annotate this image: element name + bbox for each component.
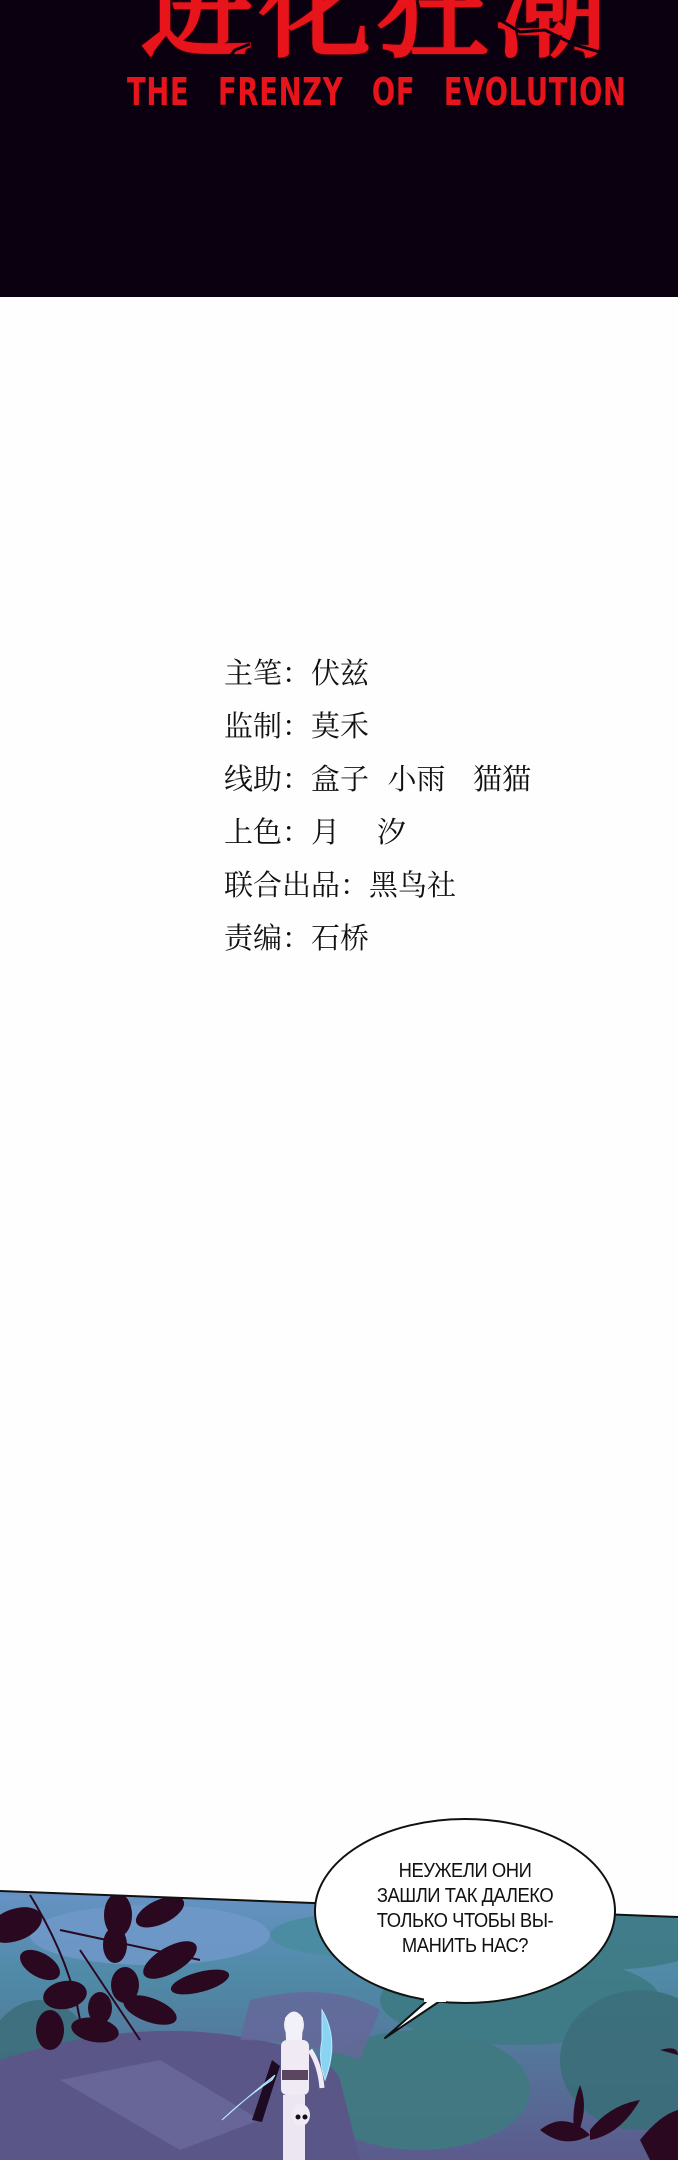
- bubble-line: ТОЛЬКО ЧТОБЫ ВЫ-: [350, 1909, 580, 1934]
- bubble-line: ЗАШЛИ ТАК ДАЛЕКО: [350, 1884, 580, 1909]
- bubble-line: МАНИТЬ НАС?: [350, 1934, 580, 1959]
- speech-bubble-text: НЕУЖЕЛИ ОНИ ЗАШЛИ ТАК ДАЛЕКО ТОЛЬКО ЧТОБ…: [350, 1859, 580, 1959]
- comic-panel: [0, 0, 678, 2160]
- bubble-line: НЕУЖЕЛИ ОНИ: [350, 1859, 580, 1884]
